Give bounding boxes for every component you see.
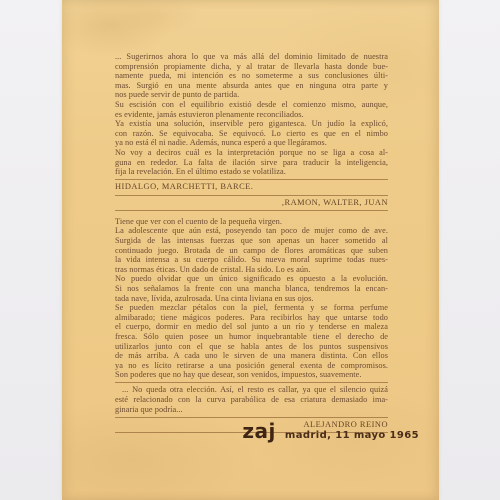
- text-line: tras normas éticas. Un dado de cristal. …: [115, 265, 388, 275]
- separator-rule: [115, 382, 388, 383]
- text-line: la vida intensa a su cuerpo cálido. Su n…: [115, 255, 388, 265]
- text-line: con razón. Se equivocaba. Se equivocó. L…: [115, 129, 388, 139]
- text-line: Su escisión con el equilibrio existió de…: [115, 100, 388, 110]
- scan-background: ... Sugerirnos ahora lo que va más allá …: [0, 0, 500, 500]
- paragraph: No voy a deciros cuál es la interpretaci…: [115, 148, 388, 177]
- attribution-line: HIDALGO, MARCHETTI, BARCE.: [115, 182, 388, 192]
- text-line: de más arriba. A cada uno le sirven de u…: [115, 351, 388, 361]
- imprint: zaj madrid, 11 mayo 1965: [242, 421, 419, 441]
- text-line: fresca. Sólo quien posee un humor inqueb…: [115, 332, 388, 342]
- scanned-page: ... Sugerirnos ahora lo que va más allá …: [62, 0, 439, 500]
- text-line: esté relacionado con la curva parabólica…: [115, 395, 388, 405]
- paragraph: Tiene que ver con el cuento de la pequeñ…: [115, 217, 388, 227]
- text-line: Ya existía una solución, inservible pero…: [115, 119, 388, 129]
- text-line: fija la revelación. En el último estado …: [115, 167, 388, 177]
- text-line: namente pueda, mi intención es no somete…: [115, 71, 388, 81]
- text-line: mas. Surgió en una mente absurda antes q…: [115, 81, 388, 91]
- text-block: ... Sugerirnos ahora lo que va más allá …: [115, 52, 388, 435]
- text-line: continuado juego. Brotada de un campo de…: [115, 246, 388, 256]
- text-line: almibarado; tiene mágicos poderes. Para …: [115, 313, 388, 323]
- paragraph: ... Sugerirnos ahora lo que va más allá …: [115, 52, 388, 100]
- text-line: comprensión propiamente dicha, y al trat…: [115, 62, 388, 72]
- paragraph: Su escisión con el equilibrio existió de…: [115, 100, 388, 119]
- text-line: Son poderes que no hay que desear, son v…: [115, 370, 388, 380]
- text-line: Se pueden mezclar pétalos con la piel, f…: [115, 303, 388, 313]
- text-line: el cuerpo, dormir en medio del sol junto…: [115, 322, 388, 332]
- text-line: ... Sugerirnos ahora lo que va más allá …: [115, 52, 388, 62]
- text-line: es evidente, jamás estuvieron plenamente…: [115, 110, 388, 120]
- paragraph: No puedo olvidar que un único significad…: [115, 274, 388, 303]
- separator-rule: [115, 195, 388, 196]
- text-line: Si nos señalamos la frente con una manch…: [115, 284, 388, 294]
- imprint-date: madrid, 11 mayo 1965: [285, 431, 419, 441]
- text-line: No puedo olvidar que un único significad…: [115, 274, 388, 284]
- separator-rule: [115, 417, 388, 418]
- text-line: La adolescente que aún está, poseyendo t…: [115, 226, 388, 236]
- text-line: Tiene que ver con el cuento de la pequeñ…: [115, 217, 388, 227]
- paragraph: Se pueden mezclar pétalos con la piel, f…: [115, 303, 388, 380]
- text-line: Surgida de las intensas fuerzas que son …: [115, 236, 388, 246]
- text-line: ya no está él ni nadie. Además, nunca es…: [115, 138, 388, 148]
- text-line: No voy a deciros cuál es la interpretaci…: [115, 148, 388, 158]
- text-line: tada nave, lívida, azulrosada. Una cinta…: [115, 294, 388, 304]
- text-line: guna en rededor. La falta de ilación sir…: [115, 158, 388, 168]
- paragraph: ... No queda otra elección. Así, el rest…: [115, 385, 388, 414]
- zaj-logo: zaj: [242, 421, 276, 441]
- text-line: ... No queda otra elección. Así, el rest…: [115, 385, 388, 395]
- text-line: ya no es lícito retirarse a una posición…: [115, 361, 388, 371]
- separator-rule: [115, 210, 388, 211]
- paragraph: La adolescente que aún está, poseyendo t…: [115, 226, 388, 274]
- text-line: utilizarlos junto con el que se habla an…: [115, 342, 388, 352]
- separator-rule: [115, 179, 388, 180]
- text-line: ginaria que podría...: [115, 405, 388, 415]
- text-line: nos puede servir de punto de partida.: [115, 90, 388, 100]
- attribution-line: ,RAMON, WALTER, JUAN: [115, 198, 388, 208]
- paragraph: Ya existía una solución, inservible pero…: [115, 119, 388, 148]
